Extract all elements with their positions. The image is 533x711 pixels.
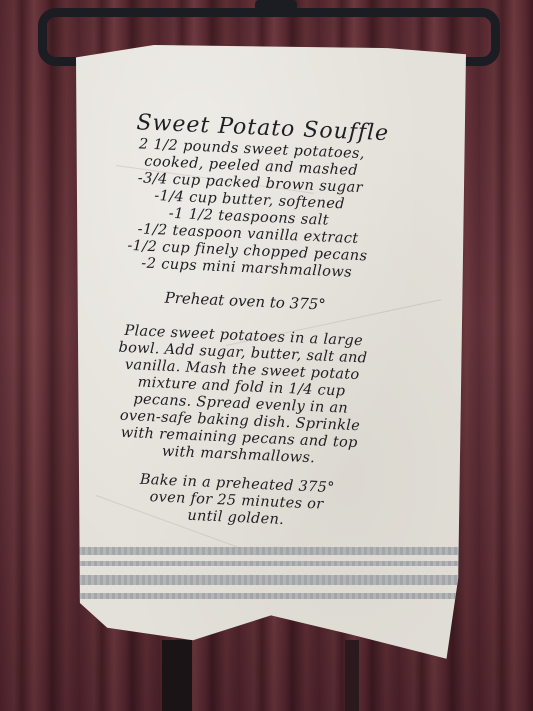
hanger-stand-post — [162, 640, 192, 711]
preheat-instruction: Preheat oven to 375° — [77, 286, 412, 318]
hanger-stand-post-secondary — [345, 640, 359, 711]
recipe-text: Sweet Potato Souffle 2 1/2 pounds sweet … — [68, 108, 421, 534]
towel-stripe — [76, 575, 466, 585]
towel-stripe — [76, 593, 466, 599]
towel-stripe — [76, 561, 466, 566]
method-steps: Place sweet potatoes in a large bowl. Ad… — [71, 321, 412, 471]
towel-stripe — [76, 547, 466, 555]
ingredient-list: 2 1/2 pounds sweet potatoes, cooked, pee… — [79, 134, 420, 284]
